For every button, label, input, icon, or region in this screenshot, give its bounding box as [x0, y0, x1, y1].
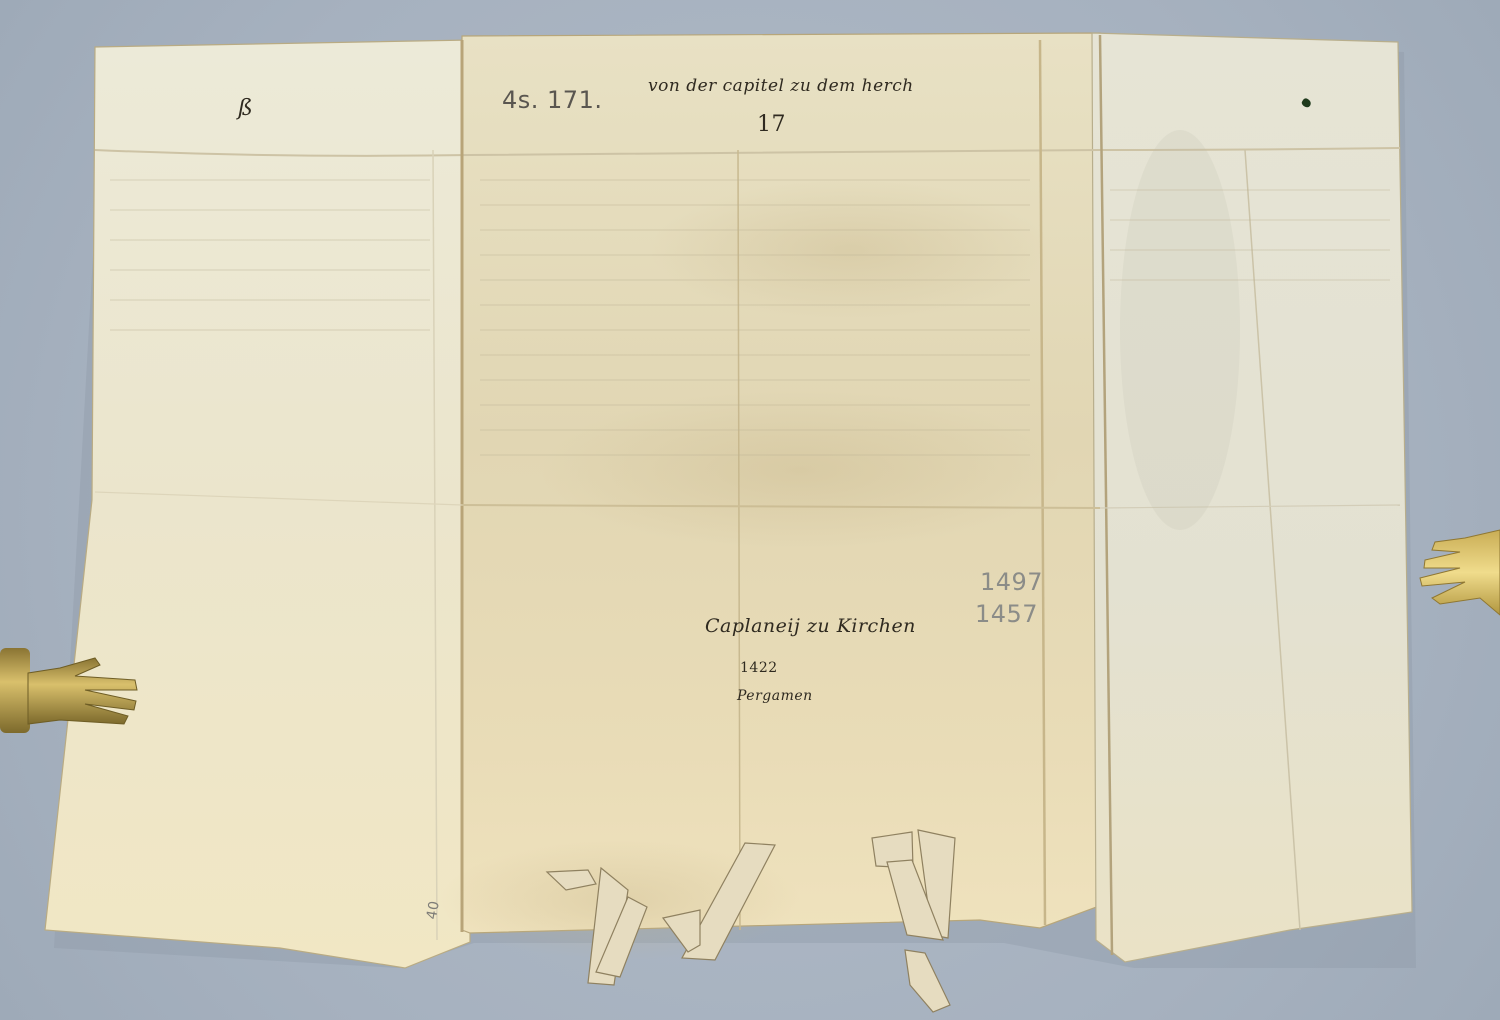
photo-stage: ß 4s. 171. von der capitel zu dem herch …: [0, 0, 1500, 1020]
center-year: 1422: [740, 660, 778, 676]
brass-hand-clip-left-icon: [0, 628, 150, 738]
shelfmark: 4s. 171.: [502, 86, 602, 114]
pencil-numbers-line2: 1457: [975, 600, 1038, 628]
archival-heading: von der capitel zu dem herch: [648, 76, 914, 96]
seal-tags: [0, 0, 1500, 1020]
number-top: 17: [757, 112, 786, 137]
left-mark: ß: [238, 96, 253, 121]
brass-hand-clip-right-icon: [1410, 520, 1500, 630]
center-note: Pergamen: [737, 688, 813, 704]
pencil-numbers-line1: 1497: [980, 568, 1043, 596]
pencil-bottom-left: 40: [424, 899, 443, 920]
center-title: Caplaneij zu Kirchen: [705, 615, 916, 637]
